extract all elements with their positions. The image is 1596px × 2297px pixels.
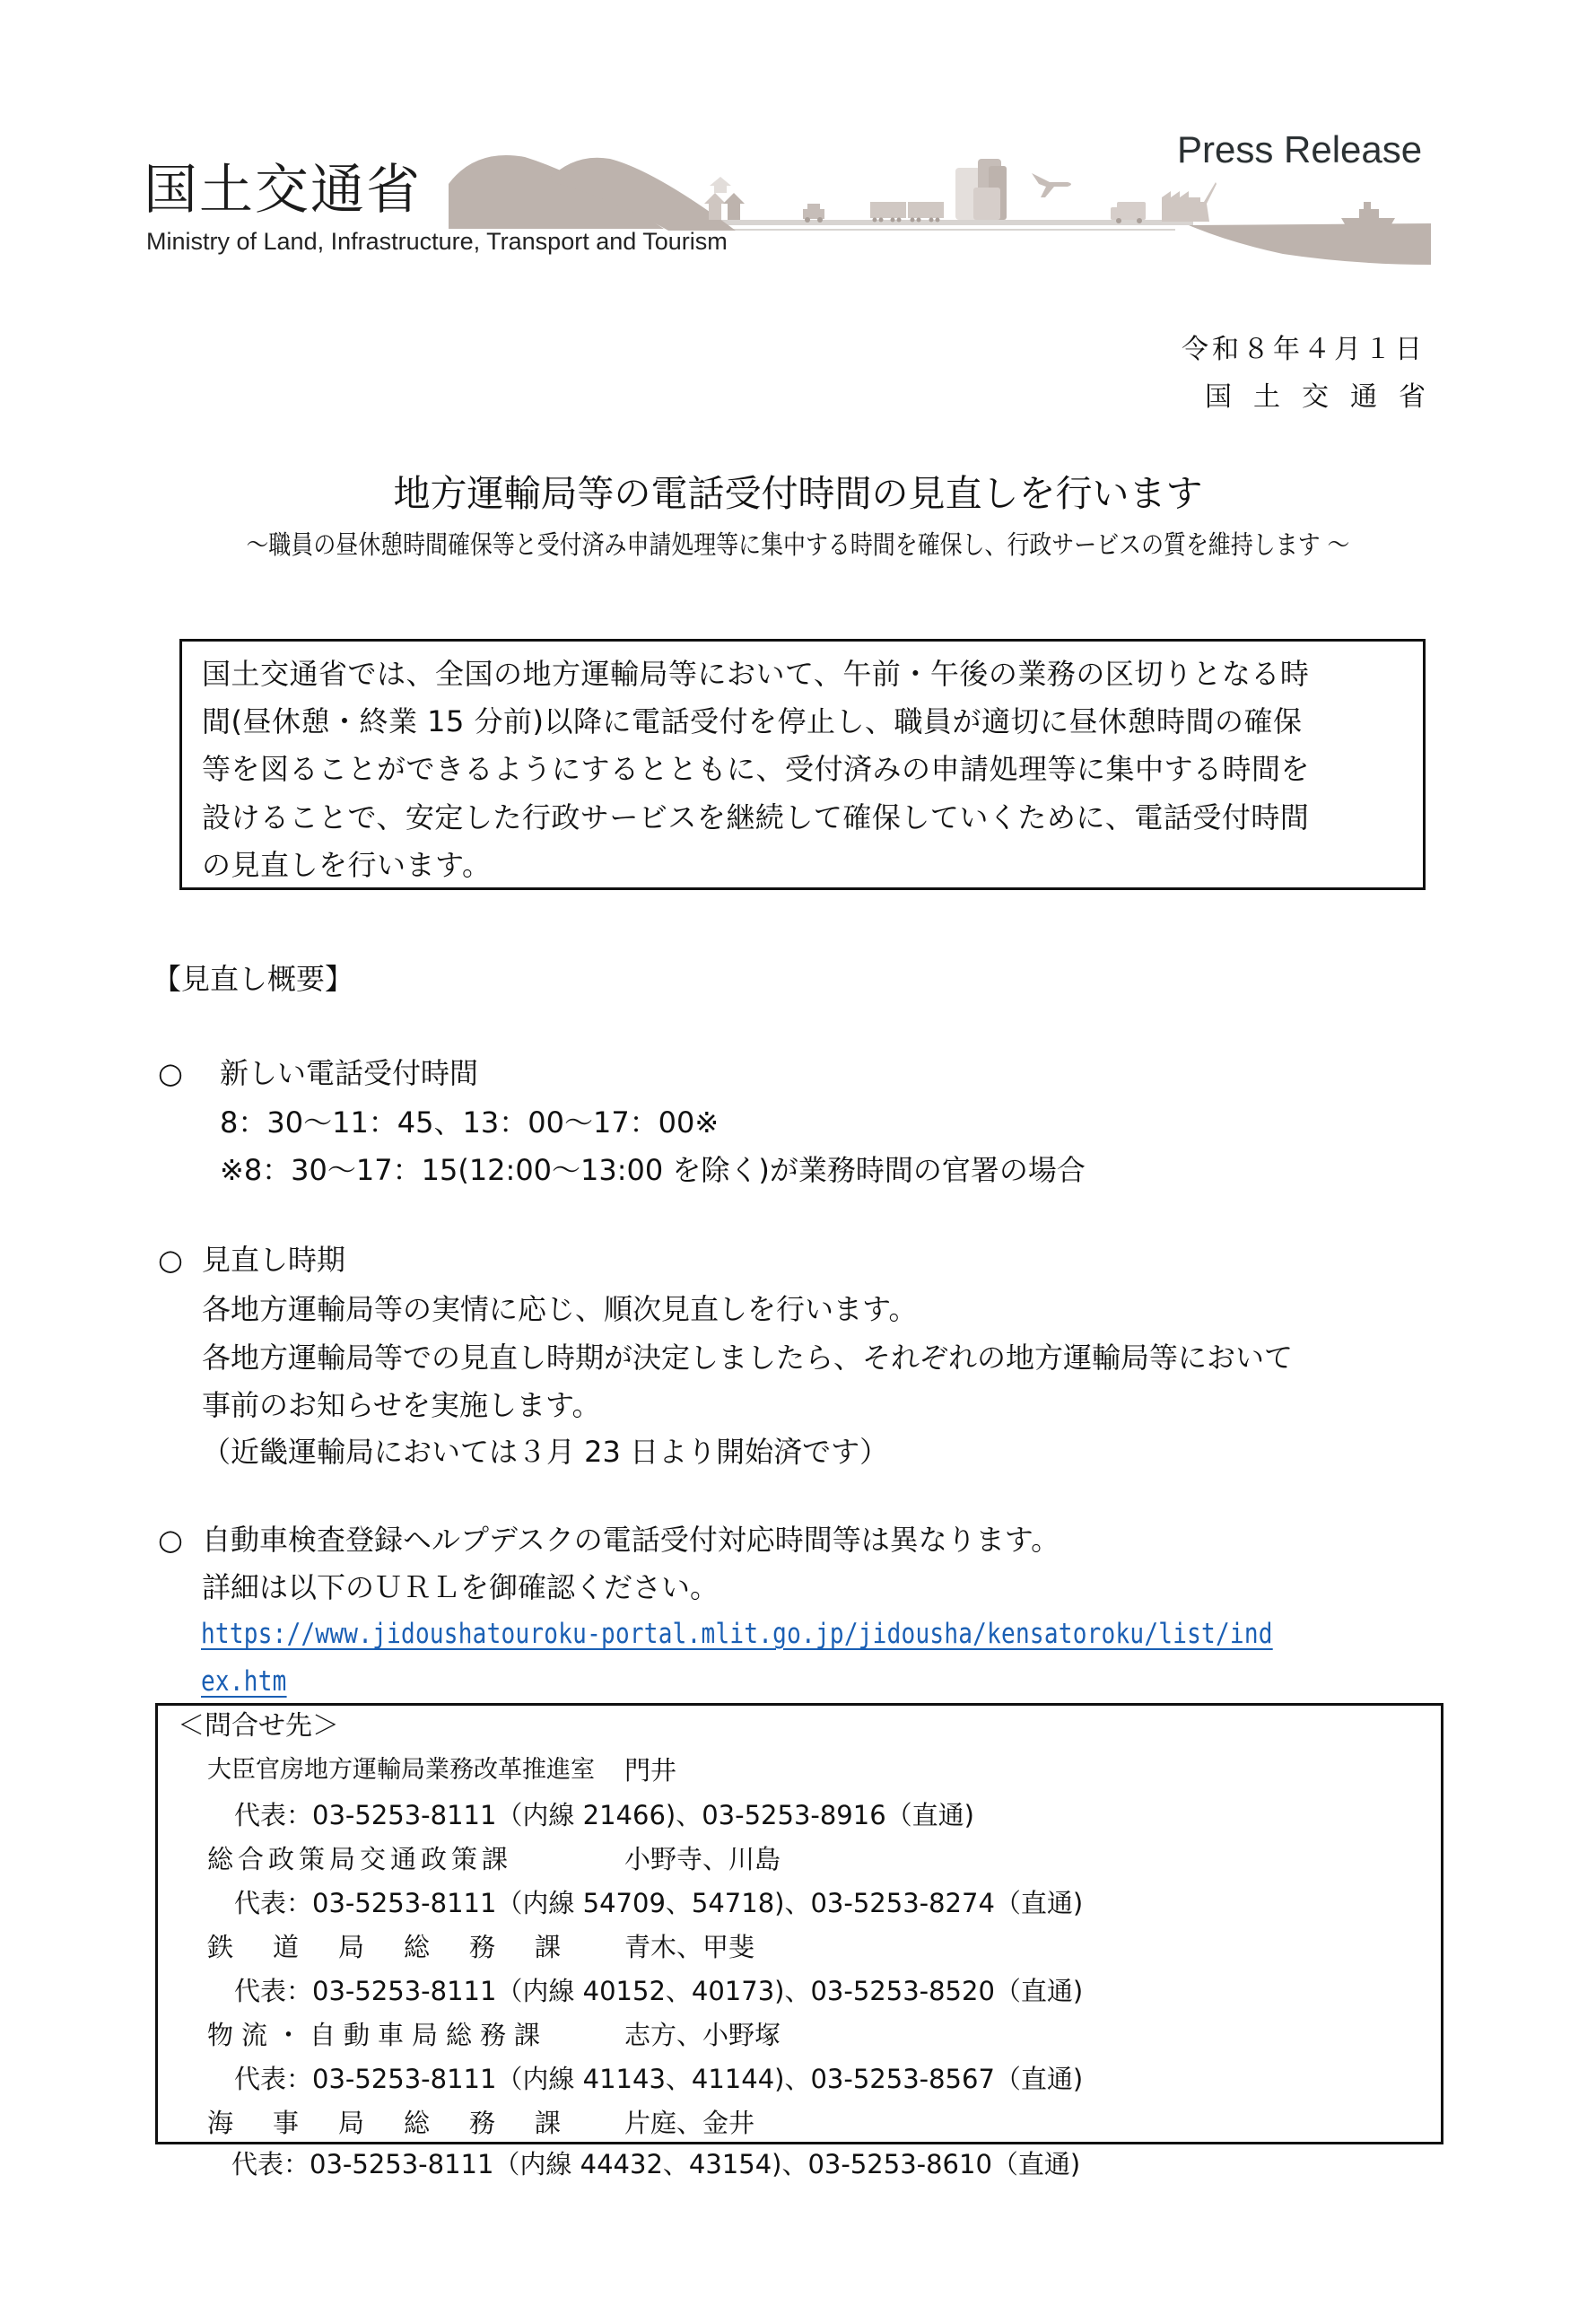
page-subtitle: ～職員の昼休憩時間確保等と受付済み申請処理等に集中する時間を確保し、行政サービス… [112, 532, 1485, 558]
helpdesk-line: 詳細は以下のＵＲＬを御確認ください。 [202, 1573, 719, 1602]
section-title-helpdesk: 自動車検査登録ヘルプデスクの電話受付対応時間等は異なります。 [202, 1525, 1060, 1554]
contact-names: 小野寺、川島 [624, 1847, 781, 1873]
mountains-icon [449, 155, 736, 231]
contact-phone: 代表：03-5253-8111（内線 54709、54718)、03-5253-… [234, 1891, 1083, 1917]
contact-names: 青木、甲斐 [624, 1935, 754, 1961]
bullet-circle-icon: ○ [158, 1245, 183, 1274]
contact-names: 片庭、金井 [624, 2110, 754, 2136]
helpdesk-url-link[interactable]: https://www.jidoushatouroku-portal.mlit.… [201, 1620, 1273, 1648]
intro-line: 等を図ることができるようにするとともに、受付済みの申請処理等に集中する時間を [202, 755, 1310, 783]
timing-line: 事前のお知らせを実施します。 [202, 1391, 600, 1419]
section-title-new-hours: 新しい電話受付時間 [220, 1059, 478, 1087]
timing-line: （近畿運輸局においては３月 23 日より開始済です） [202, 1437, 888, 1466]
train-icon [870, 202, 944, 223]
factory-crane-icon [1162, 182, 1217, 222]
houses-icon [704, 177, 745, 220]
contact-box: ＜問合せ先＞ 大臣官房地方運輸局業務改革推進室 門井 代表：03-5253-81… [155, 1703, 1443, 2144]
contact-phone: 代表：03-5253-8111（内線 40152、40173)、03-5253-… [234, 1978, 1083, 2004]
contact-phone: 代表：03-5253-8111（内線 21466)、03-5253-8916（直… [234, 1803, 974, 1829]
contact-department: 鉄道局総務課 [207, 1935, 600, 1961]
bullet-circle-icon: ○ [158, 1525, 183, 1554]
airplane-icon [1032, 173, 1071, 197]
new-hours-note: ※8：30～17：15(12:00～13:00 を除く)が業務時間の官署の場合 [220, 1156, 1086, 1184]
contact-department: 海事局総務課 [207, 2110, 600, 2136]
contact-names: 門井 [624, 1758, 676, 1784]
issue-date: 令和８年４月１日 [1182, 336, 1426, 363]
header-banner-illustration [440, 148, 1471, 265]
intro-line: 国土交通省では、全国の地方運輸局等において、午前・午後の業務の区切りとなる時 [202, 659, 1309, 688]
section-title-timing: 見直し時期 [202, 1245, 345, 1274]
intro-line: の見直しを行います。 [202, 851, 491, 879]
overview-heading: 【見直し概要】 [153, 965, 353, 993]
contact-heading: ＜問合せ先＞ [178, 1713, 339, 1740]
new-hours-line: 8：30～11：45、13：00～17：00※ [220, 1108, 719, 1137]
contact-phone: 代表：03-5253-8111（内線 44432、43154)、03-5253-… [231, 2152, 1080, 2178]
sea-icon [1189, 223, 1431, 265]
contact-names: 志方、小野塚 [624, 2022, 781, 2048]
intro-line: 設けることで、安定した行政サービスを継続して確保していくために、電話受付時間 [202, 803, 1309, 832]
bullet-circle-icon: ○ [158, 1059, 183, 1087]
intro-box: 国土交通省では、全国の地方運輸局等において、午前・午後の業務の区切りとなる時 間… [179, 639, 1426, 890]
issuer-name: 国土交通省 [1205, 384, 1447, 411]
helpdesk-url-link-continued[interactable]: ex.htm [201, 1668, 287, 1696]
timing-line: 各地方運輸局等の実情に応じ、順次見直しを行います。 [202, 1295, 917, 1323]
ship-icon [1341, 202, 1395, 229]
timing-line: 各地方運輸局等での見直し時期が決定しましたら、それぞれの地方運輸局等において [202, 1343, 1293, 1372]
car-icon [803, 204, 824, 223]
contact-phone: 代表：03-5253-8111（内線 41143、41144)、03-5253-… [234, 2066, 1083, 2092]
buildings-icon [955, 159, 1007, 220]
intro-line: 間(昼休憩・終業 15 分前)以降に電話受付を停止し、職員が適切に昼休憩時間の確… [202, 707, 1303, 736]
ministry-logo-jp: 国土交通省 [144, 163, 422, 217]
page-title: 地方運輸局等の電話受付時間の見直しを行います [0, 476, 1596, 512]
contact-department: 大臣官房地方運輸局業務改革推進室 [207, 1758, 595, 1782]
contact-department: 総合政策局交通政策課 [207, 1847, 512, 1873]
contact-department: 物流・自動車局総務課 [207, 2022, 548, 2048]
